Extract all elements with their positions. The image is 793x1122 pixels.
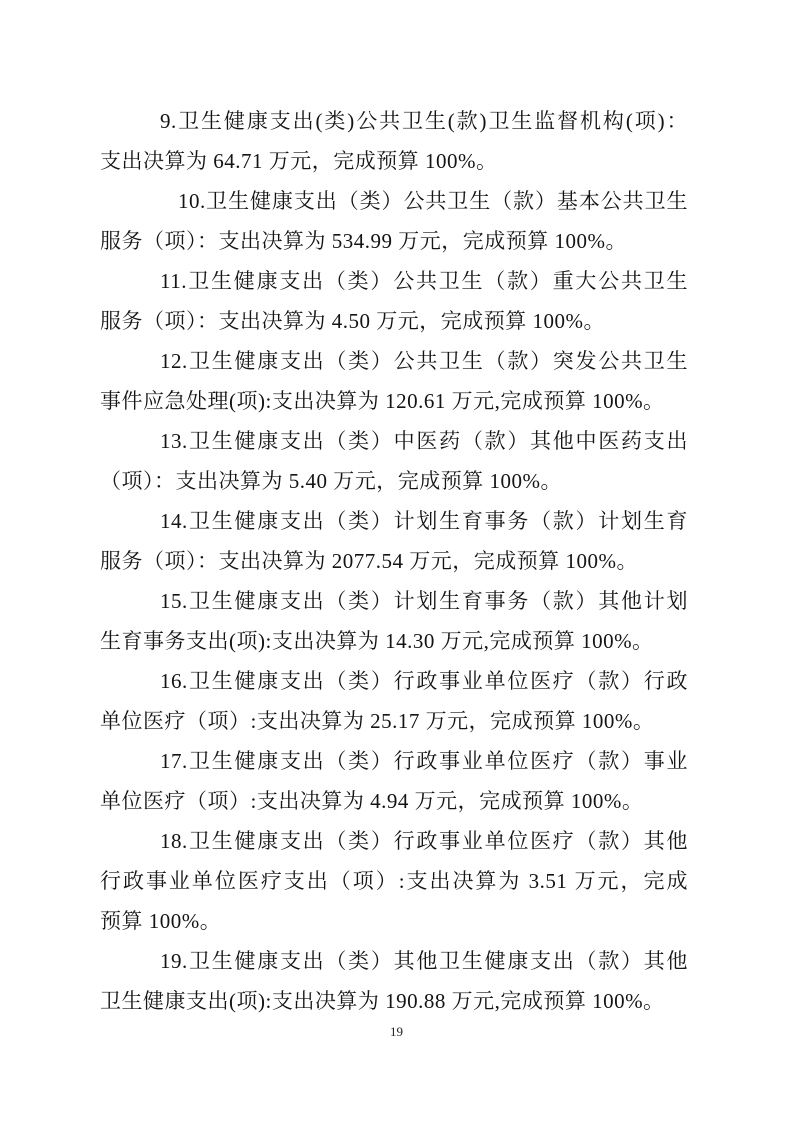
text-line: 服务（项）：支出决算为 2077.54 万元，完成预算 100%。 — [100, 541, 688, 581]
text-line: 行政事业单位医疗支出（项）:支出决算为 3.51 万元，完成 — [100, 861, 688, 901]
text-line: 18.卫生健康支出（类）行政事业单位医疗（款）其他 — [100, 821, 688, 861]
text-line: 单位医疗（项）:支出决算为 25.17 万元，完成预算 100%。 — [100, 701, 688, 741]
expenditure-item-15: 15.卫生健康支出（类）计划生育事务（款）其他计划生育事务支出(项):支出决算为… — [100, 581, 688, 661]
text-line: 12.卫生健康支出（类）公共卫生（款）突发公共卫生 — [100, 341, 688, 381]
text-line: 13.卫生健康支出（类）中医药（款）其他中医药支出 — [100, 421, 688, 461]
text-line: 事件应急处理(项):支出决算为 120.61 万元,完成预算 100%。 — [100, 381, 688, 421]
expenditure-item-19: 19.卫生健康支出（类）其他卫生健康支出（款）其他卫生健康支出(项):支出决算为… — [100, 941, 688, 1021]
text-line: 17.卫生健康支出（类）行政事业单位医疗（款）事业 — [100, 741, 688, 781]
text-line: 19.卫生健康支出（类）其他卫生健康支出（款）其他 — [100, 941, 688, 981]
expenditure-item-13: 13.卫生健康支出（类）中医药（款）其他中医药支出（项）：支出决算为 5.40 … — [100, 421, 688, 501]
text-line: 服务（项）：支出决算为 4.50 万元，完成预算 100%。 — [100, 301, 688, 341]
document-body: 9.卫生健康支出(类)公共卫生(款)卫生监督机构(项)：支出决算为 64.71 … — [100, 101, 688, 1021]
expenditure-item-9: 9.卫生健康支出(类)公共卫生(款)卫生监督机构(项)：支出决算为 64.71 … — [100, 101, 688, 181]
text-line: 卫生健康支出(项):支出决算为 190.88 万元,完成预算 100%。 — [100, 981, 688, 1021]
text-line: 支出决算为 64.71 万元，完成预算 100%。 — [100, 141, 688, 181]
text-line: 预算 100%。 — [100, 901, 688, 941]
text-line: 单位医疗（项）:支出决算为 4.94 万元，完成预算 100%。 — [100, 781, 688, 821]
expenditure-item-12: 12.卫生健康支出（类）公共卫生（款）突发公共卫生事件应急处理(项):支出决算为… — [100, 341, 688, 421]
text-line: 16.卫生健康支出（类）行政事业单位医疗（款）行政 — [100, 661, 688, 701]
text-line: 服务（项）：支出决算为 534.99 万元，完成预算 100%。 — [100, 221, 688, 261]
expenditure-item-17: 17.卫生健康支出（类）行政事业单位医疗（款）事业单位医疗（项）:支出决算为 4… — [100, 741, 688, 821]
expenditure-item-16: 16.卫生健康支出（类）行政事业单位医疗（款）行政单位医疗（项）:支出决算为 2… — [100, 661, 688, 741]
text-line: 15.卫生健康支出（类）计划生育事务（款）其他计划 — [100, 581, 688, 621]
document-page: 9.卫生健康支出(类)公共卫生(款)卫生监督机构(项)：支出决算为 64.71 … — [0, 0, 793, 1122]
text-line: 14.卫生健康支出（类）计划生育事务（款）计划生育 — [100, 501, 688, 541]
expenditure-item-14: 14.卫生健康支出（类）计划生育事务（款）计划生育服务（项）：支出决算为 207… — [100, 501, 688, 581]
text-line: 11.卫生健康支出（类）公共卫生（款）重大公共卫生 — [100, 261, 688, 301]
text-line: 10.卫生健康支出（类）公共卫生（款）基本公共卫生 — [100, 181, 688, 221]
text-line: 9.卫生健康支出(类)公共卫生(款)卫生监督机构(项)： — [100, 101, 688, 141]
expenditure-item-11: 11.卫生健康支出（类）公共卫生（款）重大公共卫生服务（项）：支出决算为 4.5… — [100, 261, 688, 341]
text-line: （项）：支出决算为 5.40 万元，完成预算 100%。 — [100, 461, 688, 501]
text-line: 生育事务支出(项):支出决算为 14.30 万元,完成预算 100%。 — [100, 621, 688, 661]
expenditure-item-10: 10.卫生健康支出（类）公共卫生（款）基本公共卫生服务（项）：支出决算为 534… — [100, 181, 688, 261]
page-number: 19 — [0, 1024, 793, 1040]
expenditure-item-18: 18.卫生健康支出（类）行政事业单位医疗（款）其他行政事业单位医疗支出（项）:支… — [100, 821, 688, 941]
